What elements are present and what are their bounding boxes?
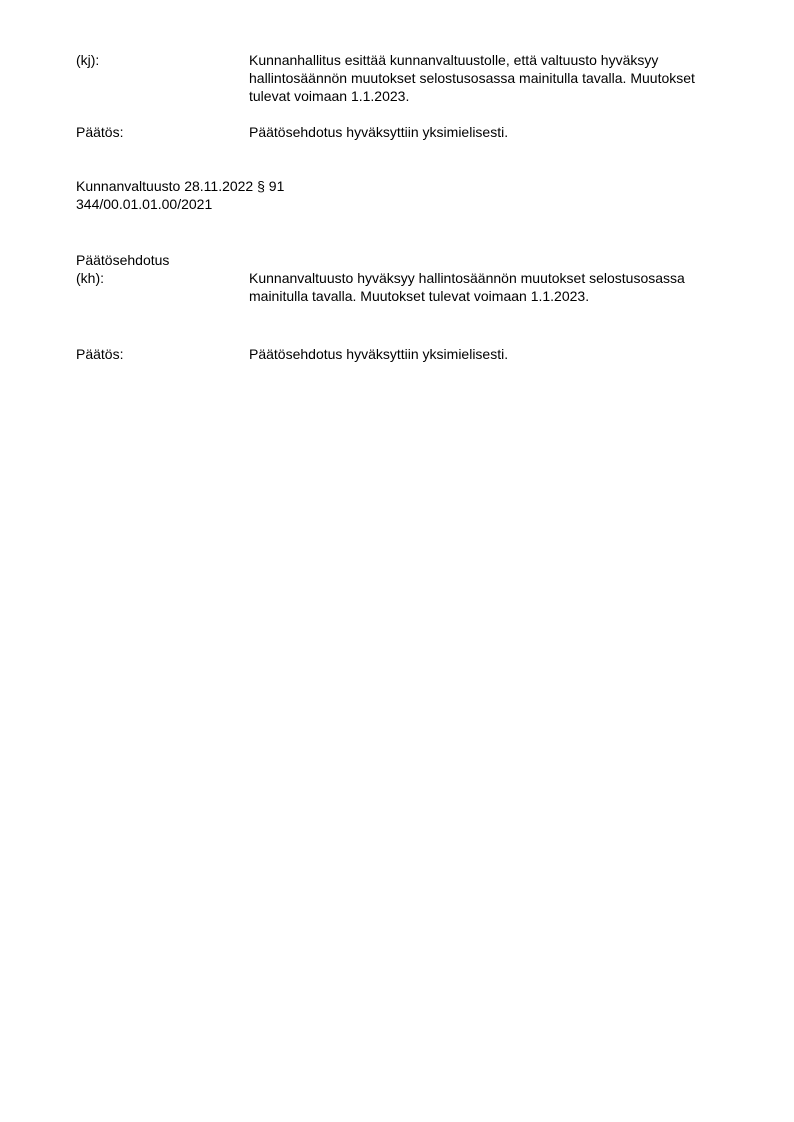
proposal-label-kh: (kh): xyxy=(76,269,104,287)
proposal-label-line1: Päätösehdotus xyxy=(76,251,169,269)
proposal-text-kh: Kunnanvaltuusto hyväksyy hallintosäännön… xyxy=(249,269,694,305)
proposal-text-kj: Kunnanhallitus esittää kunnanvaltuustoll… xyxy=(249,51,717,105)
decision-text: Päätösehdotus hyväksyttiin yksimielisest… xyxy=(249,123,719,141)
decision-text-2: Päätösehdotus hyväksyttiin yksimielisest… xyxy=(249,345,719,363)
record-id: 344/00.01.01.00/2021 xyxy=(76,195,212,213)
meeting-heading: Kunnanvaltuusto 28.11.2022 § 91 xyxy=(76,177,284,195)
decision-label-2: Päätös: xyxy=(76,345,123,363)
proposal-label-kj: (kj): xyxy=(76,51,99,69)
decision-label: Päätös: xyxy=(76,123,123,141)
